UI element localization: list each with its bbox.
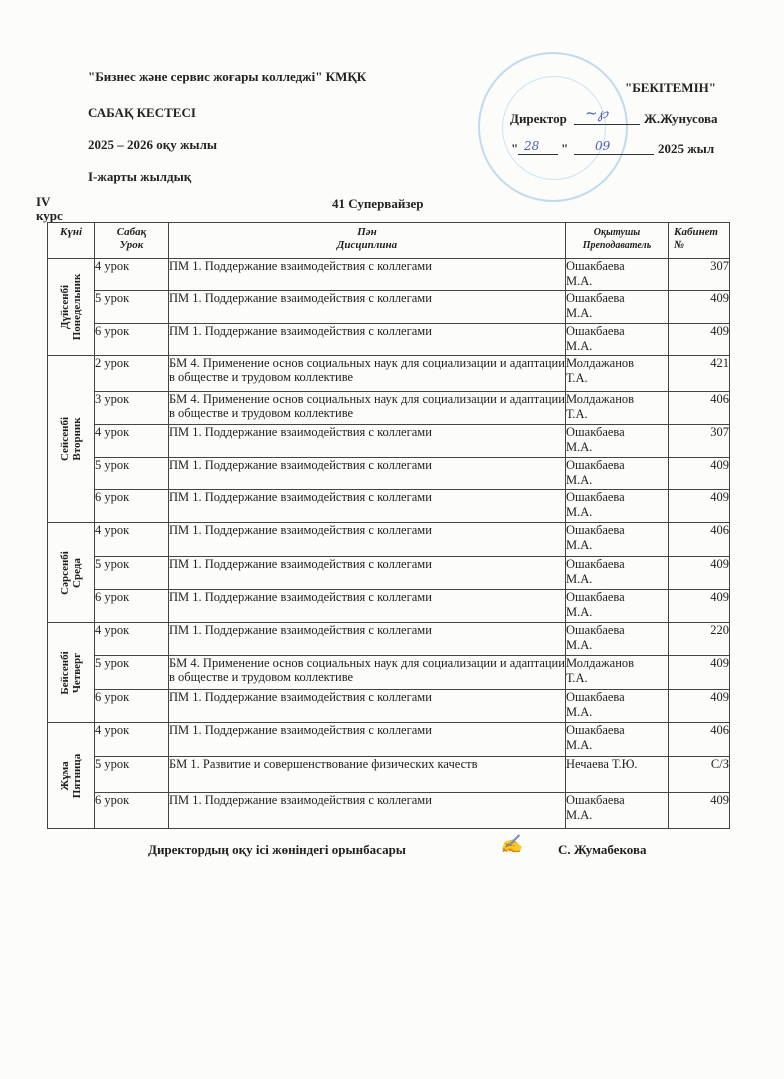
director-signature-line — [574, 124, 640, 125]
cabinet-cell: 409 — [669, 324, 730, 356]
teacher-initials: М.А. — [566, 473, 668, 488]
teacher-cell: ОшакбаеваМ.А. — [566, 490, 669, 523]
table-row: СейсенбіВторник2 урокБМ 4. Применение ос… — [48, 356, 730, 392]
col-header-cabinet: Кабинет№ — [669, 223, 730, 259]
schedule-table: Күні СабақУрок ПәнДисциплина ОқытушыПреп… — [47, 222, 730, 829]
discipline-cell: ПМ 1. Поддержание взаимодействия с колле… — [169, 623, 566, 656]
teacher-surname: Ошакбаева — [566, 623, 668, 638]
table-row: 5 урокПМ 1. Поддержание взаимодействия с… — [48, 458, 730, 490]
teacher-initials: М.А. — [566, 808, 668, 823]
teacher-surname: Ошакбаева — [566, 259, 668, 274]
date-day: 28 — [524, 139, 539, 153]
discipline-cell: ПМ 1. Поддержание взаимодействия с колле… — [169, 291, 566, 324]
course-label: IV курс — [36, 195, 63, 223]
lesson-cell: 2 урок — [95, 356, 169, 392]
teacher-surname: Ошакбаева — [566, 490, 668, 505]
teacher-cell: ОшакбаеваМ.А. — [566, 458, 669, 490]
teacher-surname: Молдажанов — [566, 392, 668, 407]
teacher-cell: МолдажановТ.А. — [566, 392, 669, 425]
date-year: 2025 жыл — [658, 141, 714, 157]
table-row: БейсенбіЧетверг4 урокПМ 1. Поддержание в… — [48, 623, 730, 656]
discipline-cell: ПМ 1. Поддержание взаимодействия с колле… — [169, 425, 566, 458]
table-row: ЖұмаПятница4 урокПМ 1. Поддержание взаим… — [48, 723, 730, 757]
discipline-cell: ПМ 1. Поддержание взаимодействия с колле… — [169, 324, 566, 356]
date-month: 09 — [595, 139, 610, 153]
teacher-surname: Ошакбаева — [566, 425, 668, 440]
date-close-quote: " — [561, 141, 568, 157]
cabinet-cell: 409 — [669, 490, 730, 523]
deputy-title: Директордың оқу ісі жөніндегі орынбасары — [148, 842, 406, 858]
discipline-cell: ПМ 1. Поддержание взаимодействия с колле… — [169, 590, 566, 623]
lesson-cell: 5 урок — [95, 557, 169, 590]
cabinet-cell: 406 — [669, 392, 730, 425]
teacher-initials: Т.А. — [566, 371, 668, 386]
document-title: САБАҚ КЕСТЕСІ — [88, 105, 196, 121]
teacher-initials: М.А. — [566, 306, 668, 321]
table-row: 5 урокПМ 1. Поддержание взаимодействия с… — [48, 291, 730, 324]
teacher-surname: Ошакбаева — [566, 458, 668, 473]
day-name-ru: Четверг — [71, 651, 83, 694]
lesson-cell: 5 урок — [95, 291, 169, 324]
table-row: 3 урокБМ 4. Применение основ социальных … — [48, 392, 730, 425]
table-header-row: Күні СабақУрок ПәнДисциплина ОқытушыПреп… — [48, 223, 730, 259]
lesson-cell: 6 урок — [95, 793, 169, 829]
college-name: "Бизнес және сервис жоғары колледжі" КМҚ… — [88, 69, 366, 85]
teacher-surname: Ошакбаева — [566, 590, 668, 605]
deputy-name: С. Жумабекова — [558, 842, 646, 858]
teacher-surname: Нечаева Т.Ю. — [566, 757, 668, 772]
discipline-cell: БМ 4. Применение основ социальных наук д… — [169, 656, 566, 690]
teacher-surname: Ошакбаева — [566, 690, 668, 705]
day-label: СәрсенбіСреда — [59, 551, 83, 595]
teacher-surname: Ошакбаева — [566, 793, 668, 808]
teacher-cell: ОшакбаеваМ.А. — [566, 723, 669, 757]
cabinet-cell: 406 — [669, 523, 730, 557]
teacher-initials: М.А. — [566, 605, 668, 620]
day-cell: СейсенбіВторник — [48, 356, 95, 523]
director-label: Директор — [510, 111, 567, 127]
lesson-cell: 6 урок — [95, 324, 169, 356]
date-month-line — [574, 154, 654, 155]
table-row: СәрсенбіСреда4 урокПМ 1. Поддержание вза… — [48, 523, 730, 557]
teacher-cell: ОшакбаеваМ.А. — [566, 557, 669, 590]
teacher-cell: ОшакбаеваМ.А. — [566, 690, 669, 723]
lesson-cell: 6 урок — [95, 490, 169, 523]
table-row: 5 урокБМ 4. Применение основ социальных … — [48, 656, 730, 690]
table-row: 4 урокПМ 1. Поддержание взаимодействия с… — [48, 425, 730, 458]
teacher-cell: МолдажановТ.А. — [566, 356, 669, 392]
teacher-cell: ОшакбаеваМ.А. — [566, 590, 669, 623]
course-word: курс — [36, 209, 63, 223]
day-label: ЖұмаПятница — [59, 753, 83, 797]
cabinet-cell: 409 — [669, 291, 730, 324]
cabinet-cell: 421 — [669, 356, 730, 392]
teacher-initials: М.А. — [566, 572, 668, 587]
date-day-line — [518, 154, 558, 155]
day-label: ДүйсенбіПонедельник — [59, 274, 83, 341]
day-cell: ЖұмаПятница — [48, 723, 95, 829]
discipline-cell: ПМ 1. Поддержание взаимодействия с колле… — [169, 259, 566, 291]
discipline-cell: БМ 1. Развитие и совершенствование физич… — [169, 757, 566, 793]
day-cell: БейсенбіЧетверг — [48, 623, 95, 723]
discipline-cell: БМ 4. Применение основ социальных наук д… — [169, 392, 566, 425]
teacher-surname: Ошакбаева — [566, 291, 668, 306]
teacher-cell: ОшакбаеваМ.А. — [566, 259, 669, 291]
cabinet-cell: 307 — [669, 259, 730, 291]
lesson-cell: 3 урок — [95, 392, 169, 425]
discipline-cell: ПМ 1. Поддержание взаимодействия с колле… — [169, 793, 566, 829]
lesson-cell: 5 урок — [95, 458, 169, 490]
lesson-cell: 4 урок — [95, 425, 169, 458]
official-stamp — [478, 52, 628, 202]
lesson-cell: 5 урок — [95, 757, 169, 793]
col-header-day: Күні — [48, 223, 95, 259]
teacher-surname: Молдажанов — [566, 356, 668, 371]
teacher-surname: Ошакбаева — [566, 723, 668, 738]
semester: I-жарты жылдық — [88, 169, 191, 185]
day-cell: СәрсенбіСреда — [48, 523, 95, 623]
table-row: 6 урокПМ 1. Поддержание взаимодействия с… — [48, 490, 730, 523]
day-name-kz: Бейсенбі — [59, 651, 71, 694]
teacher-initials: М.А. — [566, 505, 668, 520]
teacher-surname: Ошакбаева — [566, 324, 668, 339]
col-header-discipline: ПәнДисциплина — [169, 223, 566, 259]
day-label: БейсенбіЧетверг — [59, 651, 83, 694]
table-row: 6 урокПМ 1. Поддержание взаимодействия с… — [48, 590, 730, 623]
cabinet-cell: 409 — [669, 656, 730, 690]
teacher-initials: М.А. — [566, 638, 668, 653]
col-header-lesson: СабақУрок — [95, 223, 169, 259]
cabinet-cell: 307 — [669, 425, 730, 458]
lesson-cell: 6 урок — [95, 590, 169, 623]
approval-title: "БЕКІТЕМІН" — [625, 80, 716, 96]
teacher-cell: ОшакбаеваМ.А. — [566, 324, 669, 356]
lesson-cell: 4 урок — [95, 723, 169, 757]
teacher-initials: М.А. — [566, 339, 668, 354]
teacher-surname: Молдажанов — [566, 656, 668, 671]
teacher-cell: МолдажановТ.А. — [566, 656, 669, 690]
teacher-initials: М.А. — [566, 274, 668, 289]
teacher-initials: М.А. — [566, 538, 668, 553]
academic-year: 2025 – 2026 оқу жылы — [88, 137, 217, 153]
discipline-cell: ПМ 1. Поддержание взаимодействия с колле… — [169, 557, 566, 590]
day-name-kz: Сейсенбі — [59, 417, 71, 461]
cabinet-cell: 409 — [669, 793, 730, 829]
lesson-cell: 4 урок — [95, 259, 169, 291]
day-name-ru: Среда — [71, 551, 83, 595]
cabinet-cell: 409 — [669, 557, 730, 590]
group-name: 41 Супервайзер — [332, 196, 424, 212]
day-cell: ДүйсенбіПонедельник — [48, 259, 95, 356]
table-row: 5 урокБМ 1. Развитие и совершенствование… — [48, 757, 730, 793]
lesson-cell: 4 урок — [95, 523, 169, 557]
day-name-kz: Сәрсенбі — [59, 551, 71, 595]
course-number: IV — [36, 195, 63, 209]
day-name-kz: Дүйсенбі — [59, 274, 71, 341]
lesson-cell: 4 урок — [95, 623, 169, 656]
teacher-cell: ОшакбаеваМ.А. — [566, 793, 669, 829]
teacher-cell: ОшакбаеваМ.А. — [566, 425, 669, 458]
day-label: СейсенбіВторник — [59, 417, 83, 461]
teacher-initials: М.А. — [566, 705, 668, 720]
cabinet-cell: 409 — [669, 458, 730, 490]
day-name-ru: Понедельник — [71, 274, 83, 341]
cabinet-cell: 220 — [669, 623, 730, 656]
table-row: 6 урокПМ 1. Поддержание взаимодействия с… — [48, 793, 730, 829]
teacher-initials: М.А. — [566, 440, 668, 455]
discipline-cell: ПМ 1. Поддержание взаимодействия с колле… — [169, 723, 566, 757]
discipline-cell: ПМ 1. Поддержание взаимодействия с колле… — [169, 458, 566, 490]
discipline-cell: БМ 4. Применение основ социальных наук д… — [169, 356, 566, 392]
table-row: 5 урокПМ 1. Поддержание взаимодействия с… — [48, 557, 730, 590]
discipline-cell: ПМ 1. Поддержание взаимодействия с колле… — [169, 490, 566, 523]
teacher-cell: ОшакбаеваМ.А. — [566, 623, 669, 656]
cabinet-cell: 409 — [669, 590, 730, 623]
teacher-cell: ОшакбаеваМ.А. — [566, 523, 669, 557]
table-row: ДүйсенбіПонедельник4 урокПМ 1. Поддержан… — [48, 259, 730, 291]
col-header-teacher: ОқытушыПреподаватель — [566, 223, 669, 259]
day-name-ru: Вторник — [71, 417, 83, 461]
teacher-initials: М.А. — [566, 738, 668, 753]
lesson-cell: 5 урок — [95, 656, 169, 690]
lesson-cell: 6 урок — [95, 690, 169, 723]
table-row: 6 урокПМ 1. Поддержание взаимодействия с… — [48, 324, 730, 356]
day-name-ru: Пятница — [71, 753, 83, 797]
cabinet-cell: 409 — [669, 690, 730, 723]
teacher-cell: ОшакбаеваМ.А. — [566, 291, 669, 324]
teacher-initials: Т.А. — [566, 407, 668, 422]
discipline-cell: ПМ 1. Поддержание взаимодействия с колле… — [169, 690, 566, 723]
discipline-cell: ПМ 1. Поддержание взаимодействия с колле… — [169, 523, 566, 557]
teacher-surname: Ошакбаева — [566, 557, 668, 572]
table-row: 6 урокПМ 1. Поддержание взаимодействия с… — [48, 690, 730, 723]
director-signature: ~℘ — [585, 104, 608, 122]
day-name-kz: Жұма — [59, 753, 71, 797]
cabinet-cell: 406 — [669, 723, 730, 757]
director-name: Ж.Жунусова — [644, 111, 718, 127]
teacher-initials: Т.А. — [566, 671, 668, 686]
teacher-surname: Ошакбаева — [566, 523, 668, 538]
cabinet-cell: С/З — [669, 757, 730, 793]
deputy-signature: ✍ — [500, 834, 522, 855]
teacher-cell: Нечаева Т.Ю. — [566, 757, 669, 793]
